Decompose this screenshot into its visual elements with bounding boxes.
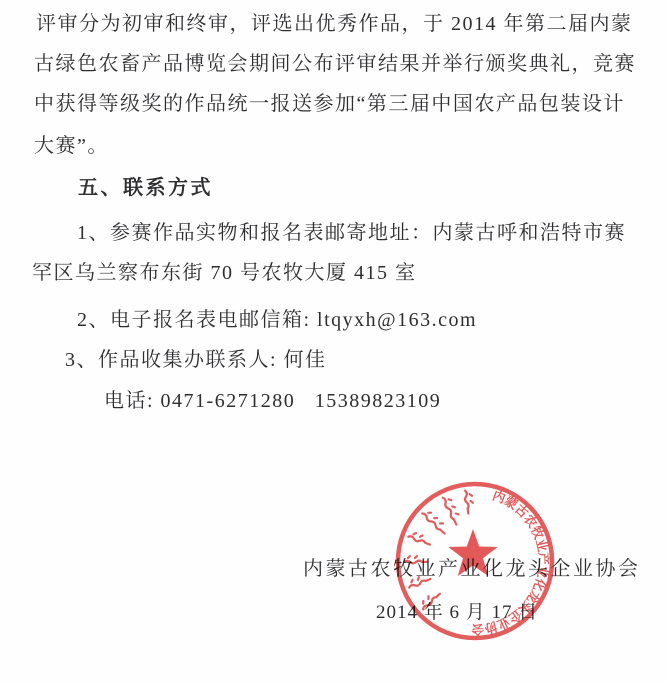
contact-phone-numbers: 电话: 0471-6271280 15389823109 bbox=[104, 388, 441, 414]
paragraph-line-2: 古绿色农畜产品博览会期间公布评审结果并举行颁奖典礼，竞赛 bbox=[34, 51, 636, 77]
contact-item-2-email: 2、电子报名表电邮信箱: ltqyxh@163.com bbox=[77, 307, 477, 333]
contact-item-1-line-1: 1、参赛作品实物和报名表邮寄地址：内蒙古呼和浩特市赛 bbox=[77, 220, 626, 246]
paragraph-line-3: 中获得等级奖的作品统一报送参加“第三届中国农产品包装设计 bbox=[34, 91, 625, 117]
section-heading-contact: 五、联系方式 bbox=[78, 175, 213, 201]
paragraph-line-4: 大赛”。 bbox=[34, 133, 109, 159]
contact-item-3-person: 3、作品收集办联系人: 何佳 bbox=[65, 347, 327, 373]
contact-item-1-line-2: 罕区乌兰察布东街 70 号农牧大厦 415 室 bbox=[32, 260, 417, 286]
document-page: 评审分为初审和终审，评选出优秀作品，于 2014 年第二届内蒙 古绿色农畜产品博… bbox=[0, 0, 668, 683]
paragraph-line-1: 评审分为初审和终审，评选出优秀作品，于 2014 年第二届内蒙 bbox=[36, 11, 633, 37]
seal-star-icon bbox=[448, 529, 497, 576]
official-seal: 内蒙古农牧业产业化龙头企业协会 bbox=[391, 477, 559, 645]
